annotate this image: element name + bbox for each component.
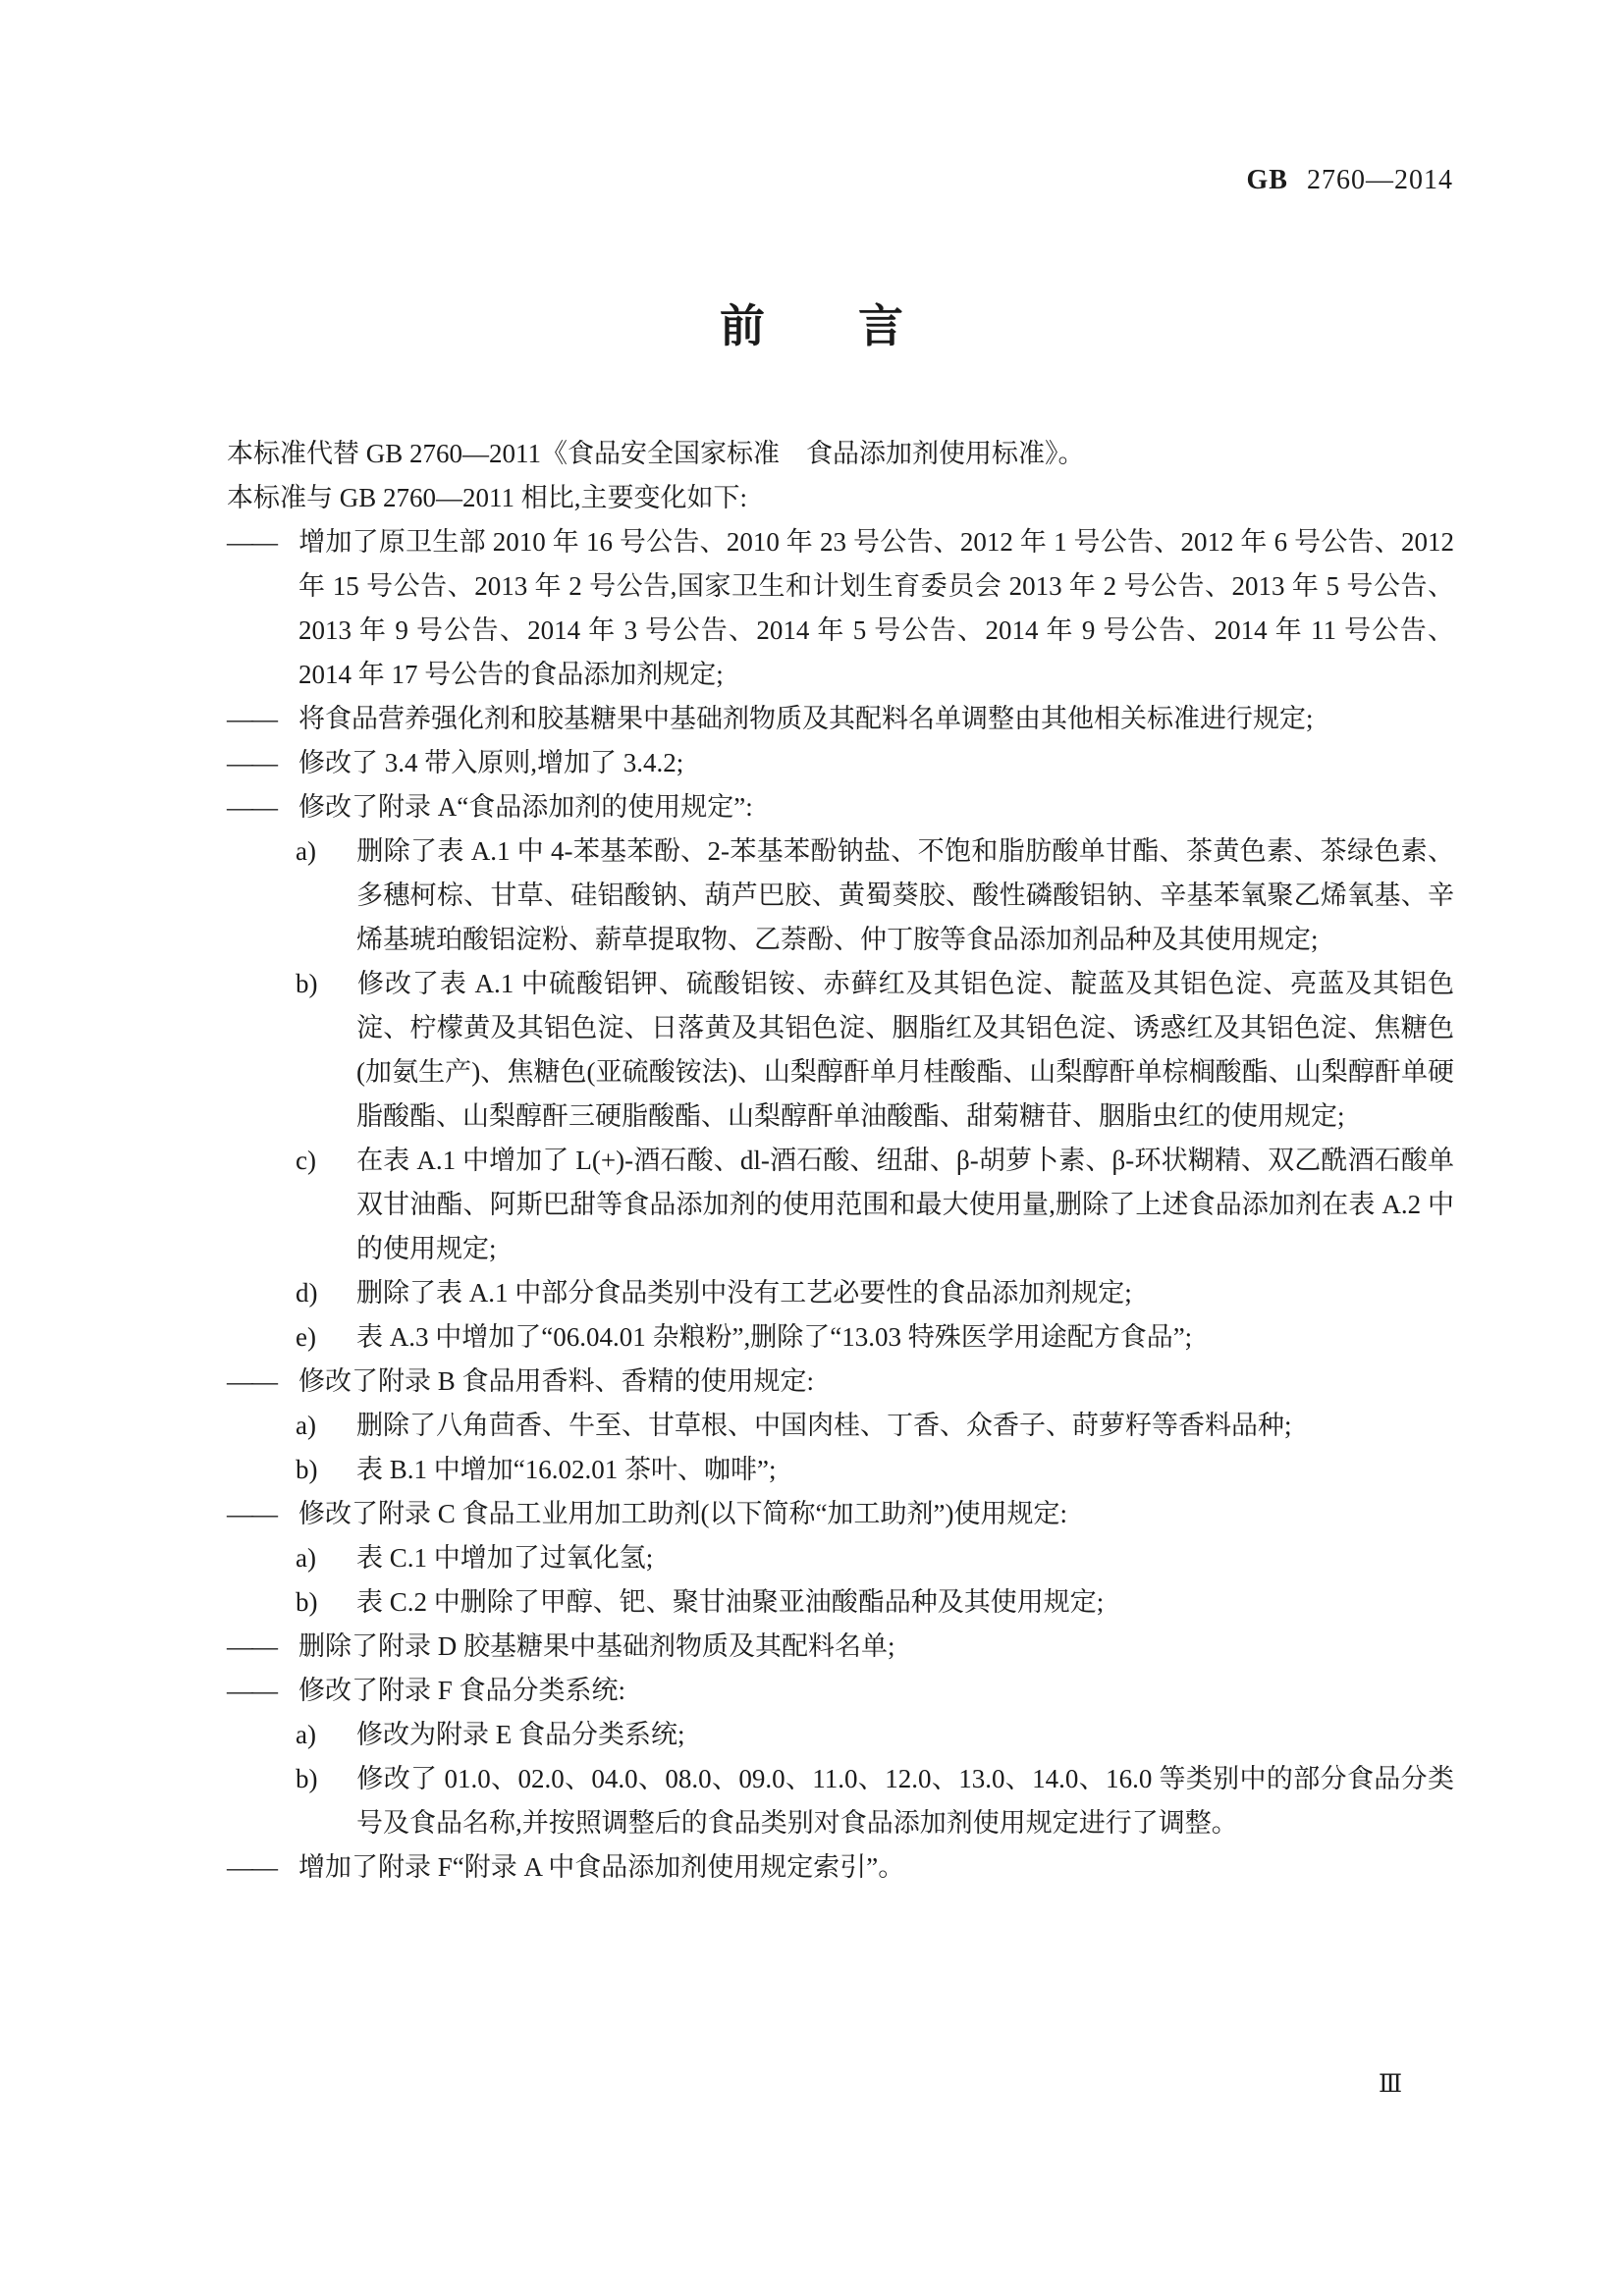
letter-item: b)修改了表 A.1 中硫酸铝钾、硫酸铝铵、赤藓红及其铝色淀、靛蓝及其铝色淀、亮… xyxy=(227,962,1454,1139)
letter-item: a)删除了八角茴香、牛至、甘草根、中国肉桂、丁香、众香子、莳萝籽等香料品种; xyxy=(227,1404,1454,1448)
dash-marker: —— xyxy=(227,1492,298,1536)
letter-marker: b) xyxy=(296,1580,356,1625)
item-text: 删除了表 A.1 中 4-苯基苯酚、2-苯基苯酚钠盐、不饱和脂肪酸单甘酯、茶黄色… xyxy=(356,836,1454,954)
item-text: 表 C.1 中增加了过氧化氢; xyxy=(356,1543,653,1573)
item-text: 表 C.2 中删除了甲醇、钯、聚甘油聚亚油酸酯品种及其使用规定; xyxy=(356,1587,1104,1617)
item-text: 本标准代替 GB 2760—2011《食品安全国家标准 食品添加剂使用标准》。 xyxy=(227,439,1085,468)
item-text: 修改了 01.0、02.0、04.0、08.0、09.0、11.0、12.0、1… xyxy=(356,1764,1454,1838)
dash-item: ——增加了原卫生部 2010 年 16 号公告、2010 年 23 号公告、20… xyxy=(227,520,1454,697)
item-text: 修改了附录 B 食品用香料、香精的使用规定: xyxy=(298,1366,814,1396)
letter-item: b)表 B.1 中增加“16.02.01 茶叶、咖啡”; xyxy=(227,1448,1454,1492)
item-text: 删除了附录 D 胶基糖果中基础剂物质及其配料名单; xyxy=(298,1631,895,1661)
dash-marker: —— xyxy=(227,697,298,741)
document-page: GB 2760—2014 前 言 本标准代替 GB 2760—2011《食品安全… xyxy=(0,0,1624,2296)
item-text: 在表 A.1 中增加了 L(+)-酒石酸、dl-酒石酸、纽甜、β-胡萝卜素、β-… xyxy=(356,1146,1454,1263)
letter-marker: a) xyxy=(296,829,356,874)
dash-marker: —— xyxy=(227,1625,298,1669)
dash-item: ——修改了 3.4 带入原则,增加了 3.4.2; xyxy=(227,741,1454,785)
dash-item: ——删除了附录 D 胶基糖果中基础剂物质及其配料名单; xyxy=(227,1625,1454,1669)
dash-marker: —— xyxy=(227,741,298,785)
dash-marker: —— xyxy=(227,1360,298,1404)
letter-marker: b) xyxy=(296,1757,356,1801)
letter-marker: a) xyxy=(296,1713,356,1757)
standard-code-prefix: GB xyxy=(1247,165,1288,195)
item-text: 修改了表 A.1 中硫酸铝钾、硫酸铝铵、赤藓红及其铝色淀、靛蓝及其铝色淀、亮蓝及… xyxy=(356,969,1454,1131)
item-text: 将食品营养强化剂和胶基糖果中基础剂物质及其配料名单调整由其他相关标准进行规定; xyxy=(298,704,1314,733)
dash-item: ——增加了附录 F“附录 A 中食品添加剂使用规定索引”。 xyxy=(227,1845,1454,1890)
item-text: 修改了 3.4 带入原则,增加了 3.4.2; xyxy=(298,748,683,777)
item-text: 表 A.3 中增加了“06.04.01 杂粮粉”,删除了“13.03 特殊医学用… xyxy=(356,1322,1192,1352)
letter-marker: a) xyxy=(296,1536,356,1580)
letter-marker: c) xyxy=(296,1139,356,1183)
page-number: Ⅲ xyxy=(1379,2069,1402,2099)
letter-item: b)表 C.2 中删除了甲醇、钯、聚甘油聚亚油酸酯品种及其使用规定; xyxy=(227,1580,1454,1625)
paragraph: 本标准代替 GB 2760—2011《食品安全国家标准 食品添加剂使用标准》。 xyxy=(227,432,1454,476)
letter-item: a)表 C.1 中增加了过氧化氢; xyxy=(227,1536,1454,1580)
item-text: 修改了附录 F 食品分类系统: xyxy=(298,1676,625,1705)
item-text: 增加了原卫生部 2010 年 16 号公告、2010 年 23 号公告、2012… xyxy=(298,527,1454,689)
item-text: 增加了附录 F“附录 A 中食品添加剂使用规定索引”。 xyxy=(298,1852,904,1882)
letter-marker: a) xyxy=(296,1404,356,1448)
item-text: 修改为附录 E 食品分类系统; xyxy=(356,1720,685,1749)
letter-item: e)表 A.3 中增加了“06.04.01 杂粮粉”,删除了“13.03 特殊医… xyxy=(227,1315,1454,1360)
item-text: 修改了附录 A“食品添加剂的使用规定”: xyxy=(298,792,753,822)
letter-marker: b) xyxy=(296,1448,356,1492)
letter-item: a)修改为附录 E 食品分类系统; xyxy=(227,1713,1454,1757)
paragraph: 本标准与 GB 2760—2011 相比,主要变化如下: xyxy=(227,476,1454,520)
item-text: 删除了表 A.1 中部分食品类别中没有工艺必要性的食品添加剂规定; xyxy=(356,1278,1132,1308)
dash-item: ——修改了附录 F 食品分类系统: xyxy=(227,1669,1454,1713)
standard-code-number: 2760—2014 xyxy=(1307,165,1453,195)
document-title: 前 言 xyxy=(0,291,1624,355)
letter-item: b)修改了 01.0、02.0、04.0、08.0、09.0、11.0、12.0… xyxy=(227,1757,1454,1845)
item-text: 删除了八角茴香、牛至、甘草根、中国肉桂、丁香、众香子、莳萝籽等香料品种; xyxy=(356,1411,1292,1440)
foreword-body: 本标准代替 GB 2760—2011《食品安全国家标准 食品添加剂使用标准》。本… xyxy=(227,432,1454,1890)
letter-marker: b) xyxy=(296,962,356,1006)
dash-item: ——修改了附录 B 食品用香料、香精的使用规定: xyxy=(227,1360,1454,1404)
item-text: 修改了附录 C 食品工业用加工助剂(以下简称“加工助剂”)使用规定: xyxy=(298,1499,1067,1528)
dash-marker: —— xyxy=(227,1845,298,1890)
dash-marker: —— xyxy=(227,520,298,564)
letter-item: a)删除了表 A.1 中 4-苯基苯酚、2-苯基苯酚钠盐、不饱和脂肪酸单甘酯、茶… xyxy=(227,829,1454,962)
dash-item: ——修改了附录 A“食品添加剂的使用规定”: xyxy=(227,785,1454,829)
dash-item: ——将食品营养强化剂和胶基糖果中基础剂物质及其配料名单调整由其他相关标准进行规定… xyxy=(227,697,1454,741)
item-text: 表 B.1 中增加“16.02.01 茶叶、咖啡”; xyxy=(356,1455,776,1484)
dash-marker: —— xyxy=(227,785,298,829)
dash-item: ——修改了附录 C 食品工业用加工助剂(以下简称“加工助剂”)使用规定: xyxy=(227,1492,1454,1536)
standard-code: GB 2760—2014 xyxy=(226,165,1453,196)
letter-item: c)在表 A.1 中增加了 L(+)-酒石酸、dl-酒石酸、纽甜、β-胡萝卜素、… xyxy=(227,1139,1454,1271)
letter-marker: e) xyxy=(296,1315,356,1360)
letter-item: d)删除了表 A.1 中部分食品类别中没有工艺必要性的食品添加剂规定; xyxy=(227,1271,1454,1315)
item-text: 本标准与 GB 2760—2011 相比,主要变化如下: xyxy=(227,483,747,512)
dash-marker: —— xyxy=(227,1669,298,1713)
letter-marker: d) xyxy=(296,1271,356,1315)
